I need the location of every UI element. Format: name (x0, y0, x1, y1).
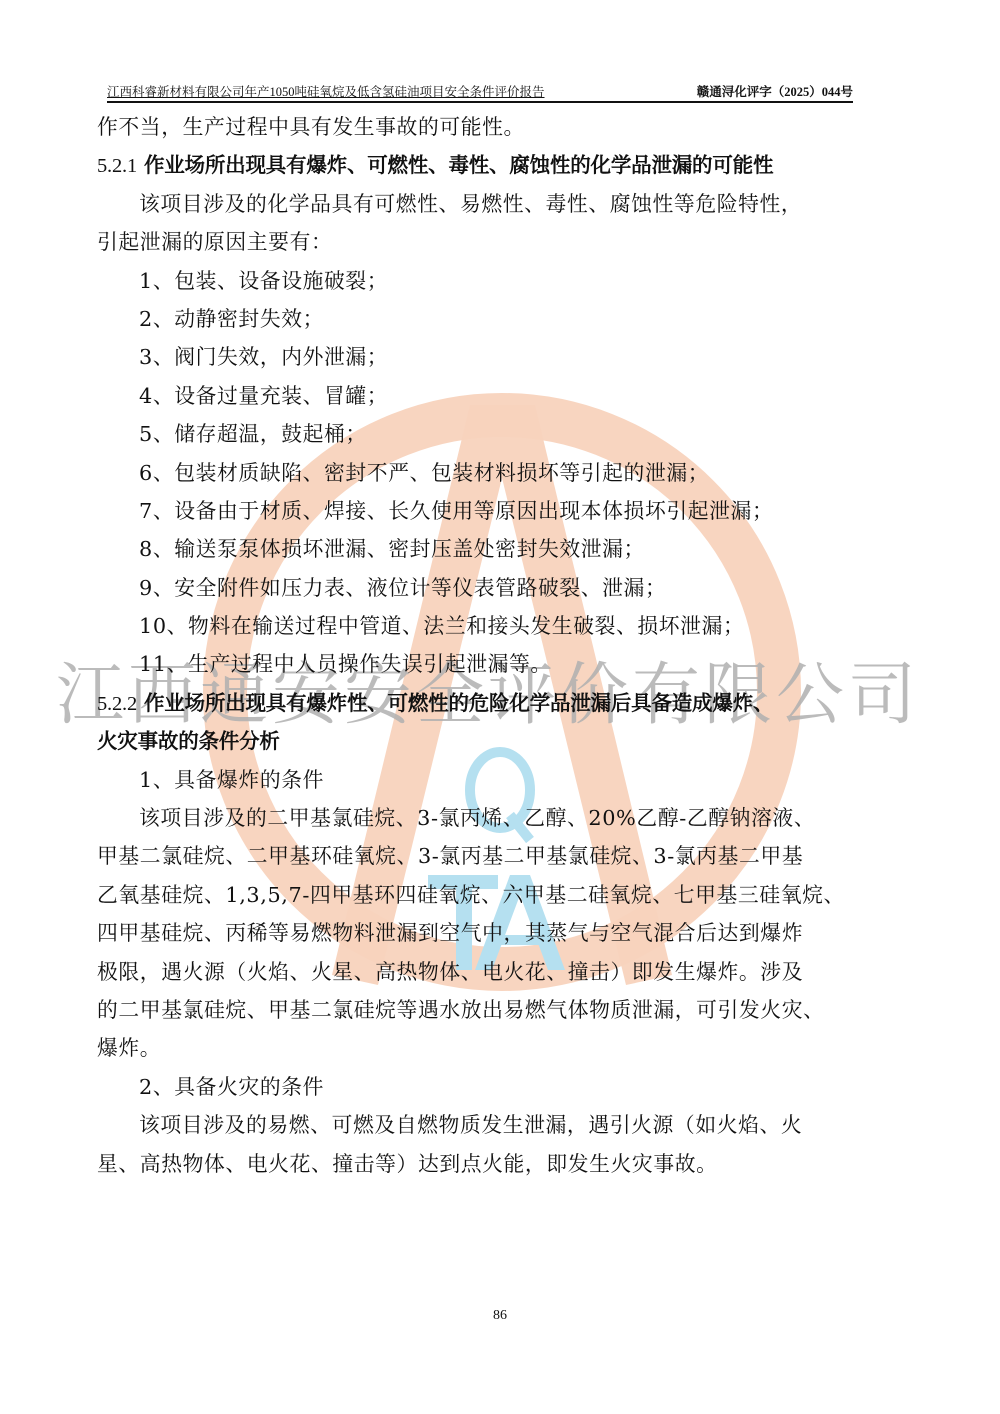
paragraph-line: 引起泄漏的原因主要有： (97, 223, 872, 261)
list-item: 9、安全附件如压力表、液位计等仪表管路破裂、泄漏； (97, 569, 872, 607)
list-item: 10、物料在输送过程中管道、法兰和接头发生破裂、损坏泄漏； (97, 607, 872, 645)
list-item: 11、生产过程中人员操作失误引起泄漏等。 (97, 645, 872, 683)
list-item: 6、包装材质缺陷、密封不严、包装材料损坏等引起的泄漏； (97, 454, 872, 492)
paragraph-line: 该项目涉及的二甲基氯硅烷、3-氯丙烯、乙醇、20%乙醇-乙醇钠溶液、 (97, 799, 872, 837)
list-item: 3、阀门失效，内外泄漏； (97, 338, 872, 376)
section-title-continuation: 火灾事故的条件分析 (97, 722, 872, 760)
header-report-number: 赣通浔化评字（2025）044号 (697, 84, 853, 100)
page-header: 江西科睿新材料有限公司年产1050吨硅氧烷及低含氢硅油项目安全条件评价报告 赣通… (107, 84, 853, 103)
section-title: 作业场所出现具有爆炸性、可燃性的危险化学品泄漏后具备造成爆炸、 (144, 691, 773, 715)
document-body: 作不当，生产过程中具有发生事故的可能性。 5.2.1 作业场所出现具有爆炸、可燃… (97, 108, 872, 1183)
paragraph-line: 该项目涉及的化学品具有可燃性、易燃性、毒性、腐蚀性等危险特性， (97, 185, 872, 223)
section-heading-5-2-2: 5.2.2 作业场所出现具有爆炸性、可燃性的危险化学品泄漏后具备造成爆炸、 (97, 684, 872, 722)
paragraph-line: 甲基二氯硅烷、二甲基环硅氧烷、3-氯丙基二甲基氯硅烷、3-氯丙基二甲基 (97, 837, 872, 875)
section-number: 5.2.1 (97, 155, 137, 177)
list-item: 7、设备由于材质、焊接、长久使用等原因出现本体损坏引起泄漏； (97, 492, 872, 530)
paragraph-line: 四甲基硅烷、丙稀等易燃物料泄漏到空气中，其蒸气与空气混合后达到爆炸 (97, 914, 872, 952)
paragraph-line: 的二甲基氯硅烷、甲基二氯硅烷等遇水放出易燃气体物质泄漏，可引发火灾、 (97, 991, 872, 1029)
continuation-line: 作不当，生产过程中具有发生事故的可能性。 (97, 108, 872, 146)
list-item: 1、包装、设备设施破裂； (97, 262, 872, 300)
paragraph-line: 该项目涉及的易燃、可燃及自燃物质发生泄漏，遇引火源（如火焰、火 (97, 1106, 872, 1144)
subsection-title-fire: 2、具备火灾的条件 (97, 1068, 872, 1106)
paragraph-line: 星、高热物体、电火花、撞击等）达到点火能，即发生火灾事故。 (97, 1145, 872, 1183)
list-item: 2、动静密封失效； (97, 300, 872, 338)
list-item: 8、输送泵泵体损坏泄漏、密封压盖处密封失效泄漏； (97, 530, 872, 568)
section-heading-5-2-1: 5.2.1 作业场所出现具有爆炸、可燃性、毒性、腐蚀性的化学品泄漏的可能性 (97, 146, 872, 184)
header-report-title: 江西科睿新材料有限公司年产1050吨硅氧烷及低含氢硅油项目安全条件评价报告 (107, 84, 545, 100)
paragraph-line: 爆炸。 (97, 1029, 872, 1067)
section-number: 5.2.2 (97, 693, 137, 715)
paragraph-line: 乙氧基硅烷、1,3,5,7-四甲基环四硅氧烷、六甲基二硅氧烷、七甲基三硅氧烷、 (97, 876, 872, 914)
list-item: 5、储存超温，鼓起桶； (97, 415, 872, 453)
leak-causes-list: 1、包装、设备设施破裂； 2、动静密封失效； 3、阀门失效，内外泄漏； 4、设备… (97, 262, 872, 684)
page-number: 86 (0, 1308, 1000, 1324)
paragraph-line: 极限，遇火源（火焰、火星、高热物体、电火花、撞击）即发生爆炸。涉及 (97, 953, 872, 991)
section-title: 作业场所出现具有爆炸、可燃性、毒性、腐蚀性的化学品泄漏的可能性 (144, 153, 773, 177)
subsection-title-explosion: 1、具备爆炸的条件 (97, 761, 872, 799)
list-item: 4、设备过量充装、冒罐； (97, 377, 872, 415)
